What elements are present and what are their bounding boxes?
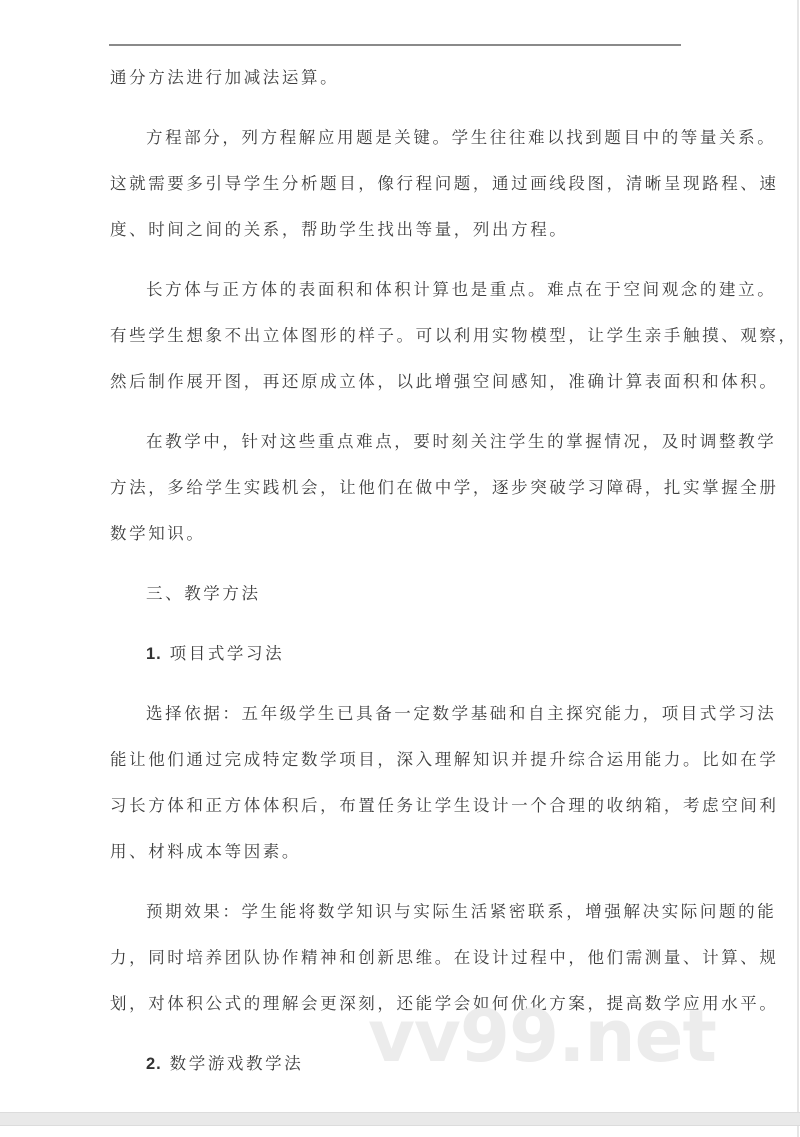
line-text: 通分方法进行加减法运算。 [110,68,339,87]
watermark: vv99.net [368,996,716,1076]
line-text: 这就需要多引导学生分析题目，像行程问题，通过画线段图，清晰呈现路程、速 [110,174,779,193]
line-text: 项目式学习法 [170,644,285,663]
section-heading: 1. 项目式学习法 [146,644,718,664]
text-line: 选择依据：五年级学生已具备一定数学基础和自主探究能力，项目式学习法 [146,704,718,724]
next-page-edge [0,1126,799,1137]
text-line: 习长方体和正方体体积后，布置任务让学生设计一个合理的收纳箱，考虑空间利 [110,796,682,816]
line-text: 三、教学方法 [146,584,261,603]
text-line: 在教学中，针对这些重点难点，要时刻关注学生的掌握情况，及时调整教学 [146,432,718,452]
text-line: 有些学生想象不出立体图形的样子。可以利用实物模型，让学生亲手触摸、观察， [110,326,682,346]
text-line: 通分方法进行加减法运算。 [110,68,682,88]
line-text: 有些学生想象不出立体图形的样子。可以利用实物模型，让学生亲手触摸、观察， [110,326,798,345]
line-text: 能让他们通过完成特定数学项目，深入理解知识并提升综合运用能力。比如在学 [110,750,779,769]
line-text: 用、材料成本等因素。 [110,842,301,861]
line-text: 数学知识。 [110,524,206,543]
line-text: 数学游戏教学法 [170,1054,304,1073]
document-page: 通分方法进行加减法运算。方程部分，列方程解应用题是关键。学生往往难以找到题目中的… [0,0,799,1112]
text-line: 数学知识。 [110,524,682,544]
text-line: 这就需要多引导学生分析题目，像行程问题，通过画线段图，清晰呈现路程、速 [110,174,682,194]
line-text: 然后制作展开图，再还原成立体，以此增强空间感知，准确计算表面积和体积。 [110,372,779,391]
text-line: 预期效果：学生能将数学知识与实际生活紧密联系，增强解决实际问题的能 [146,902,718,922]
line-text: 选择依据：五年级学生已具备一定数学基础和自主探究能力，项目式学习法 [146,704,776,723]
text-line: 然后制作展开图，再还原成立体，以此增强空间感知，准确计算表面积和体积。 [110,372,682,392]
line-text: 习长方体和正方体体积后，布置任务让学生设计一个合理的收纳箱，考虑空间利 [110,796,779,815]
line-text: 方程部分，列方程解应用题是关键。学生往往难以找到题目中的等量关系。 [146,128,776,147]
text-line: 三、教学方法 [146,584,718,604]
line-text: 预期效果：学生能将数学知识与实际生活紧密联系，增强解决实际问题的能 [146,902,776,921]
text-line: 方程部分，列方程解应用题是关键。学生往往难以找到题目中的等量关系。 [146,128,718,148]
line-text: 力，同时培养团队协作精神和创新思维。在设计过程中，他们需测量、计算、规 [110,948,779,967]
heading-number: 1. [146,645,162,663]
text-line: 方法，多给学生实践机会，让他们在做中学，逐步突破学习障碍，扎实掌握全册 [110,478,682,498]
text-line: 能让他们通过完成特定数学项目，深入理解知识并提升综合运用能力。比如在学 [110,750,682,770]
header-rule [109,44,681,46]
heading-number: 2. [146,1055,162,1073]
page-separator [0,1112,800,1126]
line-text: 度、时间之间的关系，帮助学生找出等量，列出方程。 [110,220,568,239]
line-text: 方法，多给学生实践机会，让他们在做中学，逐步突破学习障碍，扎实掌握全册 [110,478,779,497]
line-text: 长方体与正方体的表面积和体积计算也是重点。难点在于空间观念的建立。 [146,280,776,299]
text-line: 力，同时培养团队协作精神和创新思维。在设计过程中，他们需测量、计算、规 [110,948,682,968]
line-text: 在教学中，针对这些重点难点，要时刻关注学生的掌握情况，及时调整教学 [146,432,776,451]
text-line: 度、时间之间的关系，帮助学生找出等量，列出方程。 [110,220,682,240]
text-line: 长方体与正方体的表面积和体积计算也是重点。难点在于空间观念的建立。 [146,280,718,300]
text-line: 用、材料成本等因素。 [110,842,682,862]
